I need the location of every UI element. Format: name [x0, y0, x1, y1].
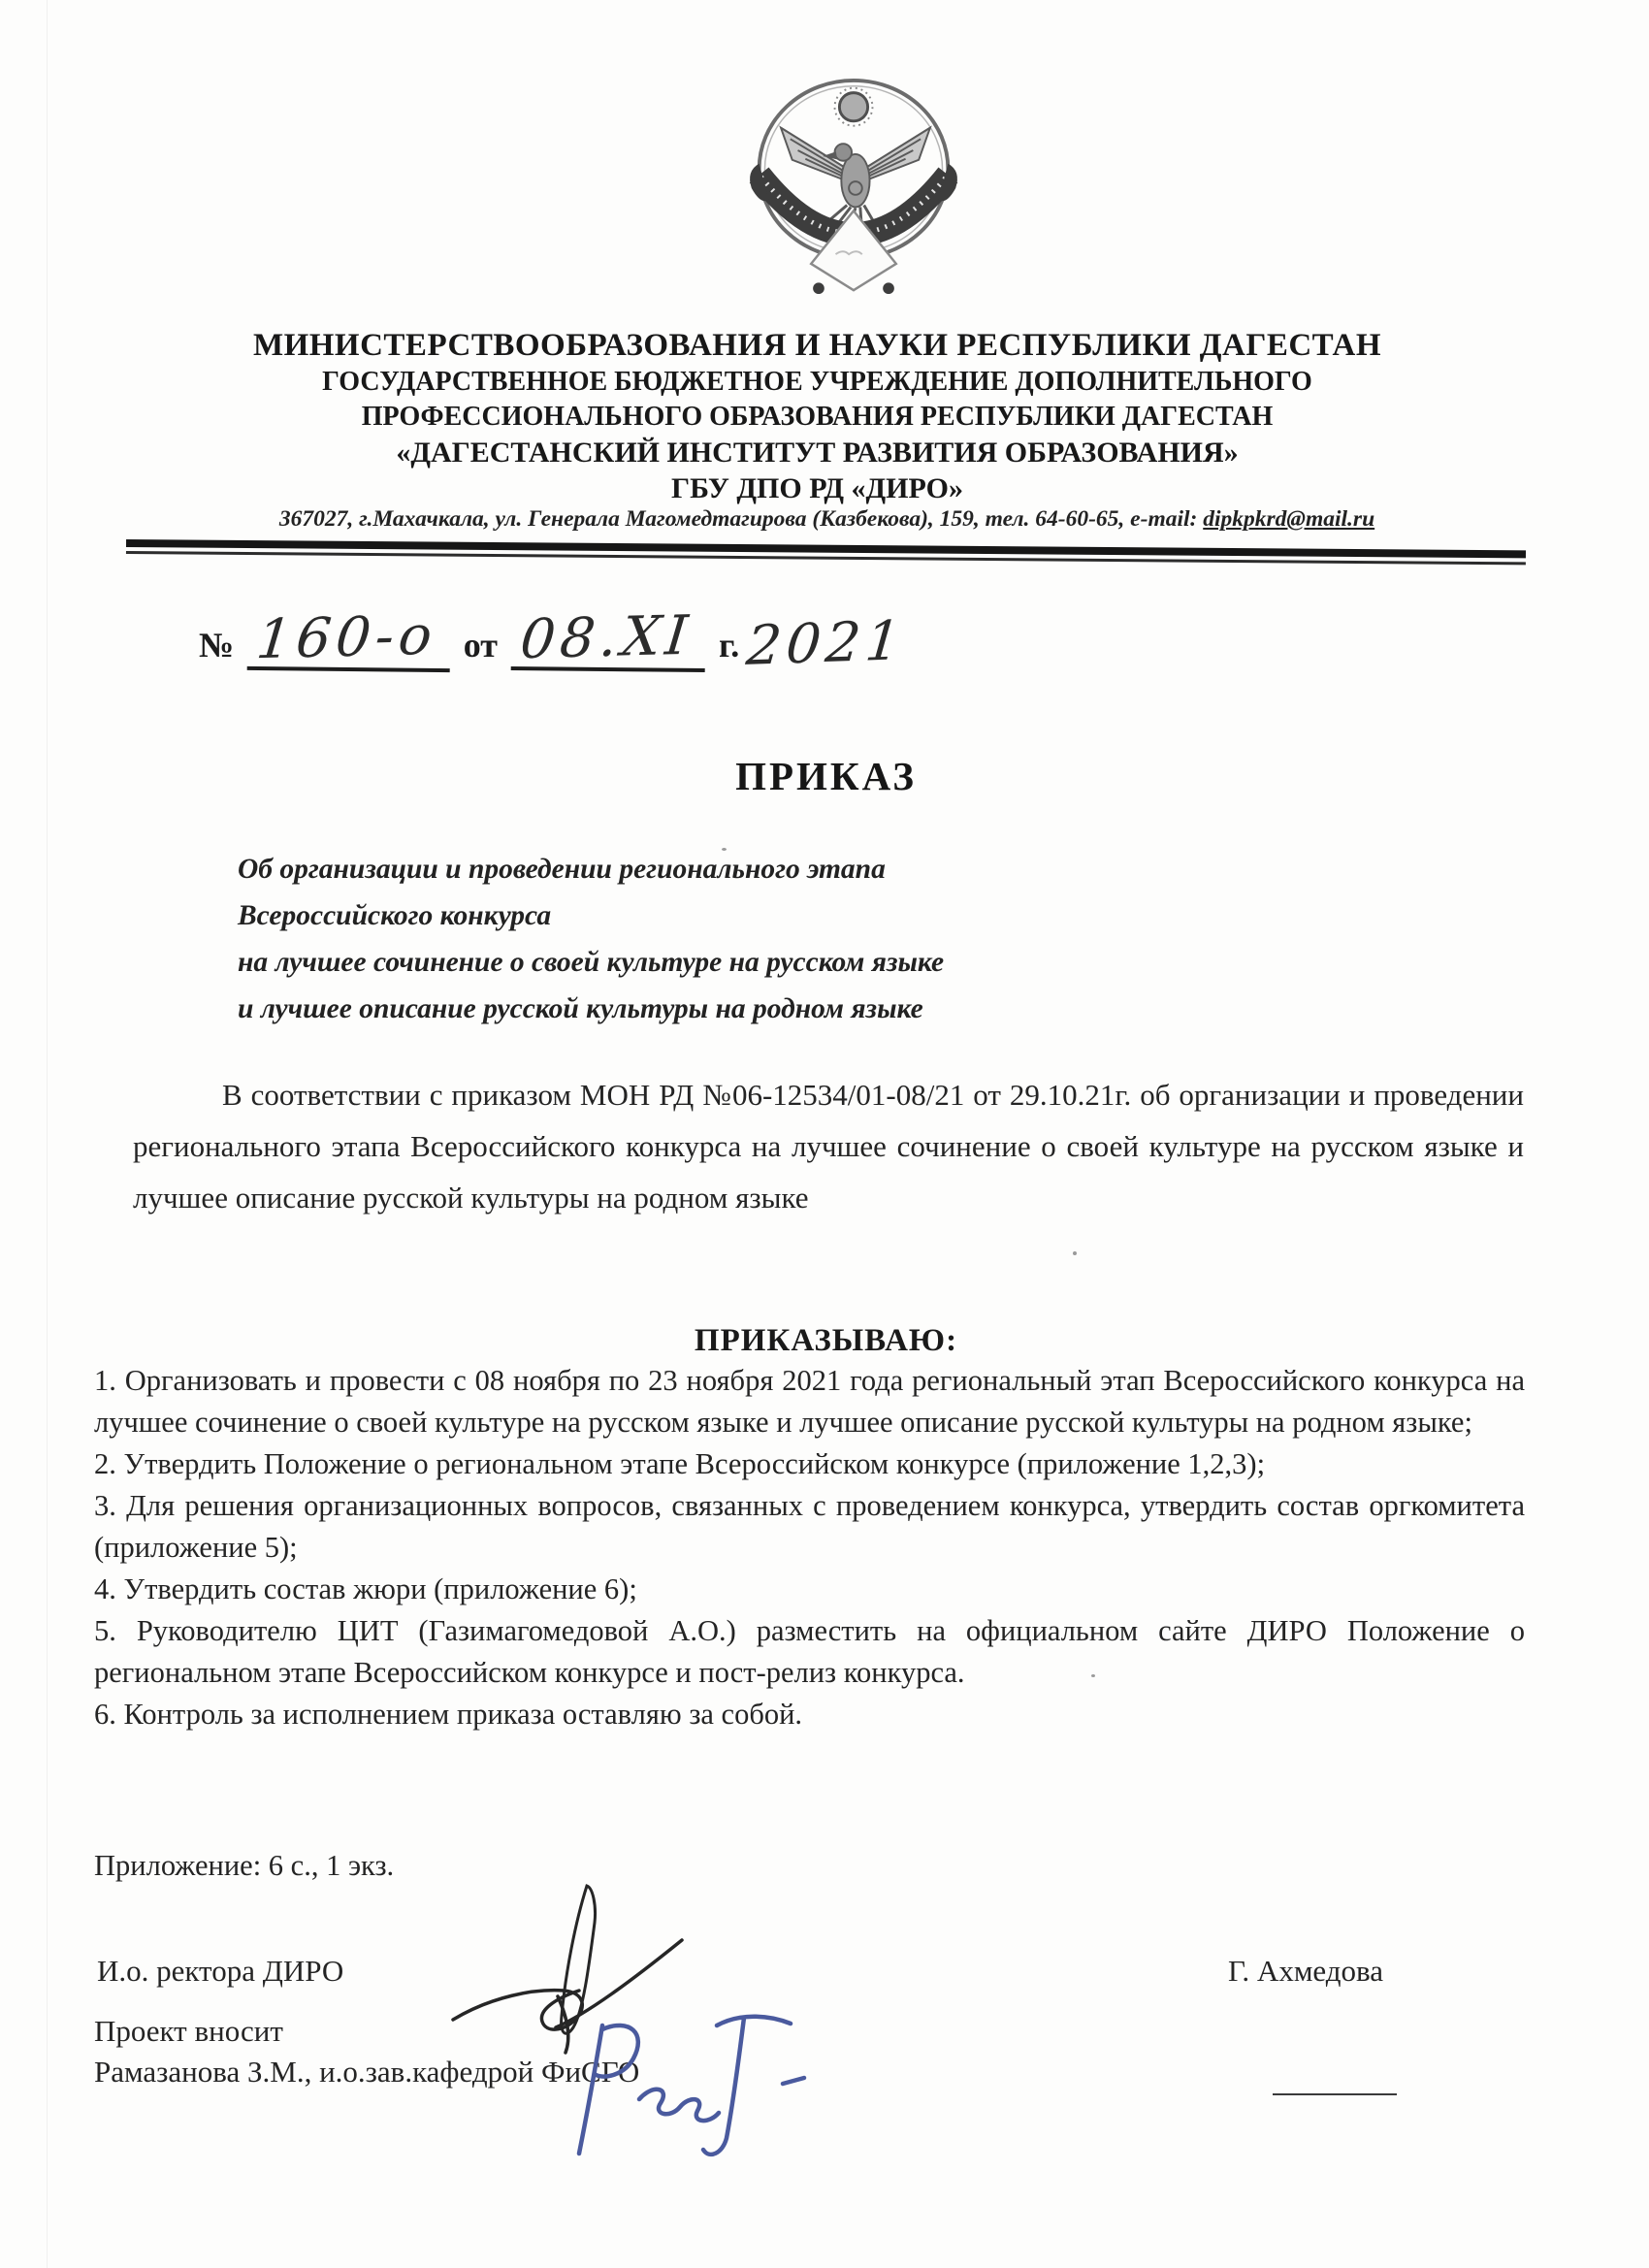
project-author-signature: [558, 1991, 810, 2165]
attachment-line: Приложение: 6 с., 1 экз.: [94, 1849, 394, 1883]
scan-edge-artifact: [47, 0, 48, 2268]
subject-line: и лучшее описание русской культуры на ро…: [238, 986, 1305, 1032]
signer-position: И.о. ректора ДИРО: [97, 1954, 343, 1989]
order-item-5: 5. Руководителю ЦИТ (Газимагомедовой А.О…: [94, 1610, 1525, 1694]
header-org-block: МИНИСТЕРСТВООБРАЗОВАНИЯ И НАУКИ РЕСПУБЛИ…: [112, 326, 1523, 506]
year-label: г.: [719, 625, 739, 671]
intro-paragraph: В соответствии с приказом МОН РД №06-125…: [133, 1069, 1524, 1223]
signer-name: Г. Ахмедова: [1228, 1954, 1383, 1989]
order-item-1: 1. Организовать и провести с 08 ноября п…: [94, 1360, 1525, 1443]
number-underline: 160-о: [247, 610, 450, 672]
subject-line: Об организации и проведении региональног…: [238, 846, 1305, 892]
ministry-name: МИНИСТЕРСТВООБРАЗОВАНИЯ И НАУКИ РЕСПУБЛИ…: [112, 326, 1523, 365]
ot-label: от: [464, 625, 498, 671]
scan-speck: [1073, 1251, 1077, 1255]
handwritten-date: 08.XI: [518, 609, 695, 667]
email-text: dipkpkrd@mail.ru: [1203, 506, 1374, 532]
project-intro-label: Проект вносит: [94, 2014, 283, 2049]
date-underline: 08.XI: [511, 610, 706, 672]
signature-line: [1273, 2093, 1397, 2095]
number-sign-label: №: [199, 625, 234, 671]
order-items-list: 1. Организовать и провести с 08 ноября п…: [94, 1360, 1525, 1735]
org-address-line: 367027, г.Махачкала, ул. Генерала Магоме…: [126, 506, 1528, 533]
handwritten-document-number: 160-о: [254, 609, 439, 667]
scanned-order-document: МИНИСТЕРСТВООБРАЗОВАНИЯ И НАУКИ РЕСПУБЛИ…: [0, 0, 1649, 2268]
order-item-6: 6. Контроль за исполнением приказа остав…: [94, 1694, 1525, 1735]
dagestan-coat-of-arms-icon: [745, 68, 962, 307]
order-item-4: 4. Утвердить состав жюри (приложение 6);: [94, 1569, 1525, 1610]
org-line: ПРОФЕССИОНАЛЬНОГО ОБРАЗОВАНИЯ РЕСПУБЛИКИ…: [112, 400, 1523, 435]
order-heading: ПРИКАЗЫВАЮ:: [126, 1323, 1526, 1359]
institute-name: «ДАГЕСТАНСКИЙ ИНСТИТУТ РАЗВИТИЯ ОБРАЗОВА…: [112, 435, 1523, 470]
order-item-3: 3. Для решения организационных вопросов,…: [94, 1485, 1525, 1569]
address-text: 367027, г.Махачкала, ул. Генерала Магоме…: [279, 506, 1203, 532]
institute-abbreviation: ГБУ ДПО РД «ДИРО»: [112, 470, 1523, 506]
subject-line: на лучшее сочинение о своей культуре на …: [238, 939, 1305, 986]
subject-line: Всероссийского конкурса: [238, 892, 1305, 939]
document-number-row: № 160-о от 08.XI г. 2021: [199, 611, 905, 671]
document-title: ПРИКАЗ: [126, 753, 1526, 799]
header-divider: [126, 539, 1526, 565]
org-line: ГОСУДАРСТВЕННОЕ БЮДЖЕТНОЕ УЧРЕЖДЕНИЕ ДОП…: [112, 365, 1523, 400]
order-subject: Об организации и проведении региональног…: [238, 846, 1305, 1032]
order-item-2: 2. Утвердить Положение о региональном эт…: [94, 1443, 1525, 1485]
handwritten-year: 2021: [745, 614, 908, 674]
